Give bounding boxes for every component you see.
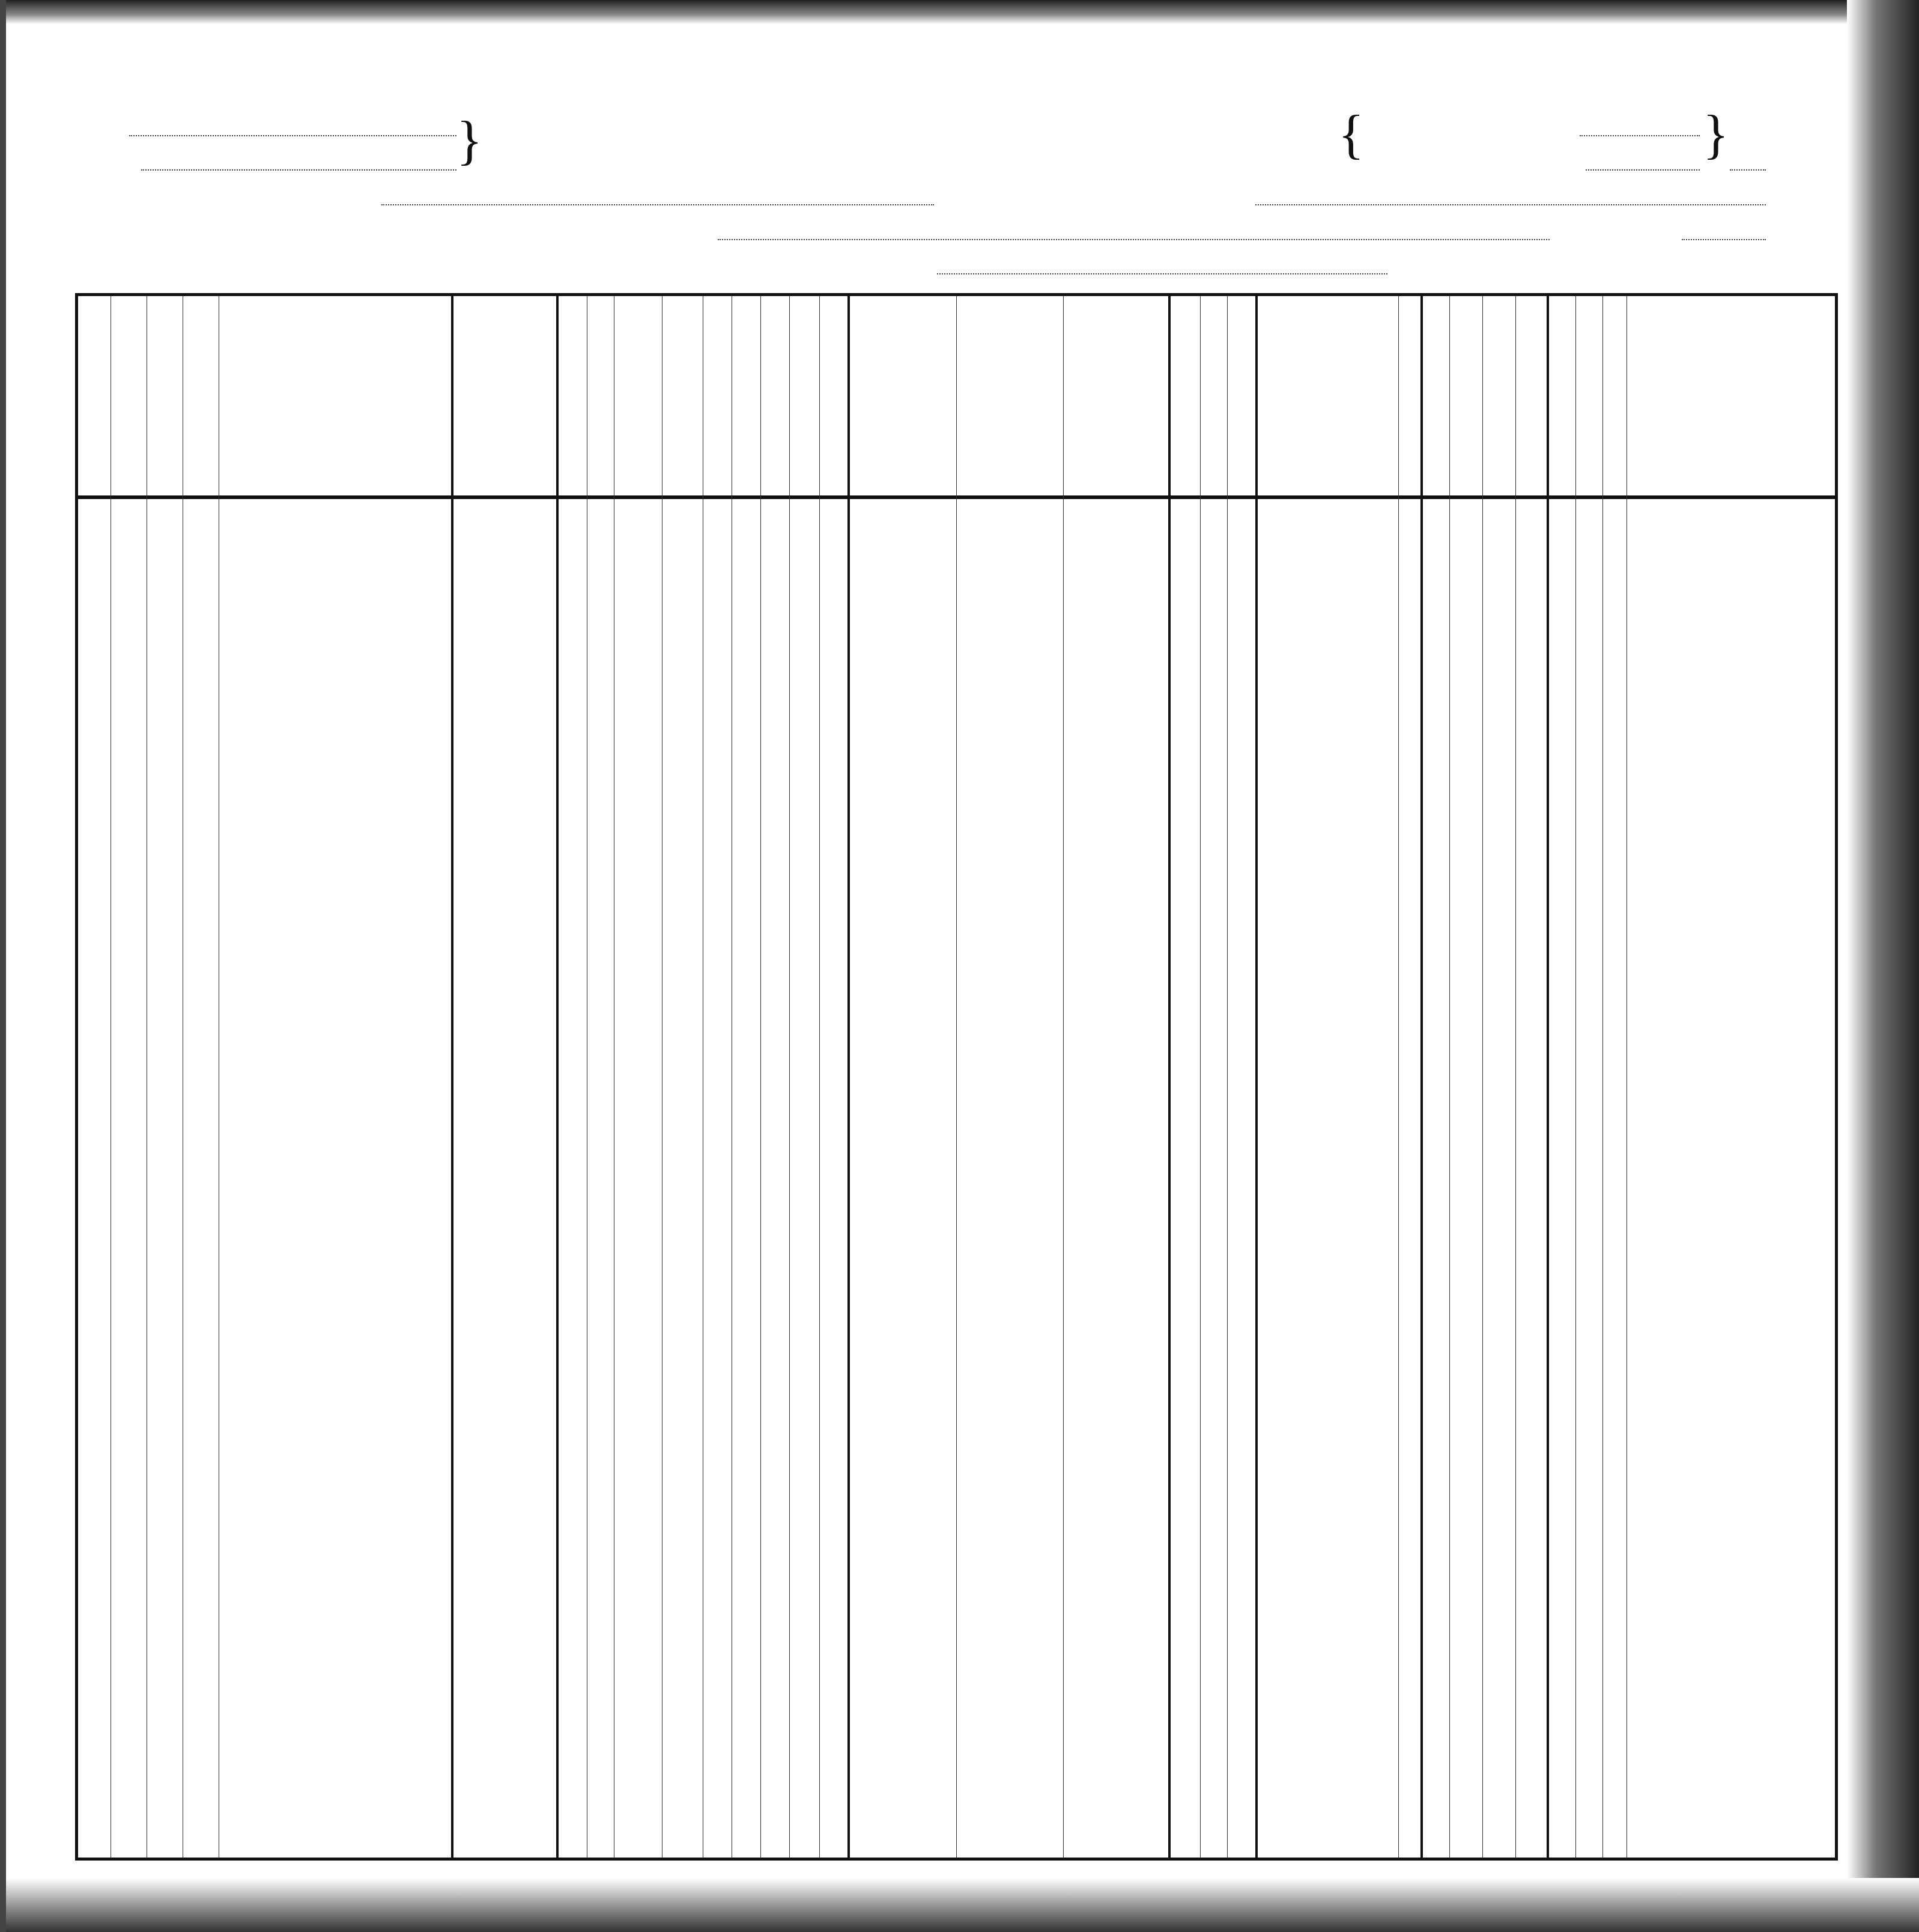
column-2 xyxy=(183,296,219,1858)
column-number xyxy=(957,458,1064,495)
column-number xyxy=(614,458,662,495)
column-7 xyxy=(614,296,662,1858)
column-10 xyxy=(732,296,761,1858)
column-6 xyxy=(587,296,614,1858)
column-number xyxy=(820,458,850,495)
column-24 xyxy=(1483,296,1516,1858)
column-28 xyxy=(1603,296,1627,1858)
column-8 xyxy=(662,296,703,1858)
enumerator-line xyxy=(937,273,1387,274)
column-number xyxy=(1064,458,1171,495)
column-13 xyxy=(820,296,850,1858)
column-number xyxy=(1171,458,1201,495)
column-number xyxy=(1399,458,1423,495)
column-19 xyxy=(1228,296,1258,1858)
column-number xyxy=(453,458,559,495)
column-21 xyxy=(1399,296,1423,1858)
column-1 xyxy=(147,296,183,1858)
column-3 xyxy=(219,296,453,1858)
institution-line xyxy=(1255,204,1766,205)
column-number xyxy=(1516,458,1549,495)
column-25 xyxy=(1516,296,1549,1858)
district-brace-close: } xyxy=(1703,108,1729,162)
column-number xyxy=(147,458,183,495)
scan-edge-top xyxy=(0,0,1919,24)
column-number xyxy=(732,458,761,495)
sheet-line xyxy=(1730,169,1766,171)
column-number xyxy=(1450,458,1483,495)
scan-edge-bottom xyxy=(0,1878,1919,1932)
column-number xyxy=(111,458,147,495)
column-number xyxy=(790,458,820,495)
column-number xyxy=(761,458,790,495)
column-5 xyxy=(559,296,587,1858)
column-number xyxy=(1228,458,1258,495)
column-14 xyxy=(850,296,957,1858)
column-11 xyxy=(761,296,790,1858)
column-number xyxy=(1483,458,1516,495)
enumeration-line xyxy=(1586,169,1700,171)
supervisor-line xyxy=(1580,135,1700,136)
column-number xyxy=(183,458,219,495)
column-23 xyxy=(1450,296,1483,1858)
column-4 xyxy=(453,296,559,1858)
column-15 xyxy=(957,296,1064,1858)
city-line xyxy=(718,239,1550,240)
column-18 xyxy=(1201,296,1228,1858)
district-brace-open: { xyxy=(1338,108,1364,162)
county-line xyxy=(141,169,456,171)
scan-edge-right xyxy=(1847,0,1919,1932)
column-17 xyxy=(1171,296,1201,1858)
ward-line xyxy=(1682,239,1766,240)
population-schedule-table xyxy=(75,293,1838,1861)
column-number xyxy=(587,458,614,495)
column-pre0 xyxy=(78,296,111,1858)
column-number xyxy=(1576,458,1603,495)
column-number xyxy=(703,458,732,495)
column-9 xyxy=(703,296,732,1858)
column-number xyxy=(1258,458,1399,495)
column-number xyxy=(559,458,587,495)
column-number xyxy=(219,458,453,495)
column-number xyxy=(850,458,957,495)
column-number xyxy=(1423,458,1450,495)
column-pre1 xyxy=(111,296,147,1858)
state-line xyxy=(129,135,456,136)
column-26 xyxy=(1549,296,1576,1858)
column-number xyxy=(662,458,703,495)
left-brace: } xyxy=(456,114,482,168)
column-27 xyxy=(1576,296,1603,1858)
column-16 xyxy=(1064,296,1171,1858)
column-number xyxy=(1201,458,1228,495)
column-number xyxy=(78,458,111,495)
column-12 xyxy=(790,296,820,1858)
column-number xyxy=(1549,458,1576,495)
column-number xyxy=(1603,458,1627,495)
column-22 xyxy=(1423,296,1450,1858)
column-20 xyxy=(1258,296,1399,1858)
township-line xyxy=(381,204,934,205)
scan-edge-left xyxy=(0,0,6,1932)
